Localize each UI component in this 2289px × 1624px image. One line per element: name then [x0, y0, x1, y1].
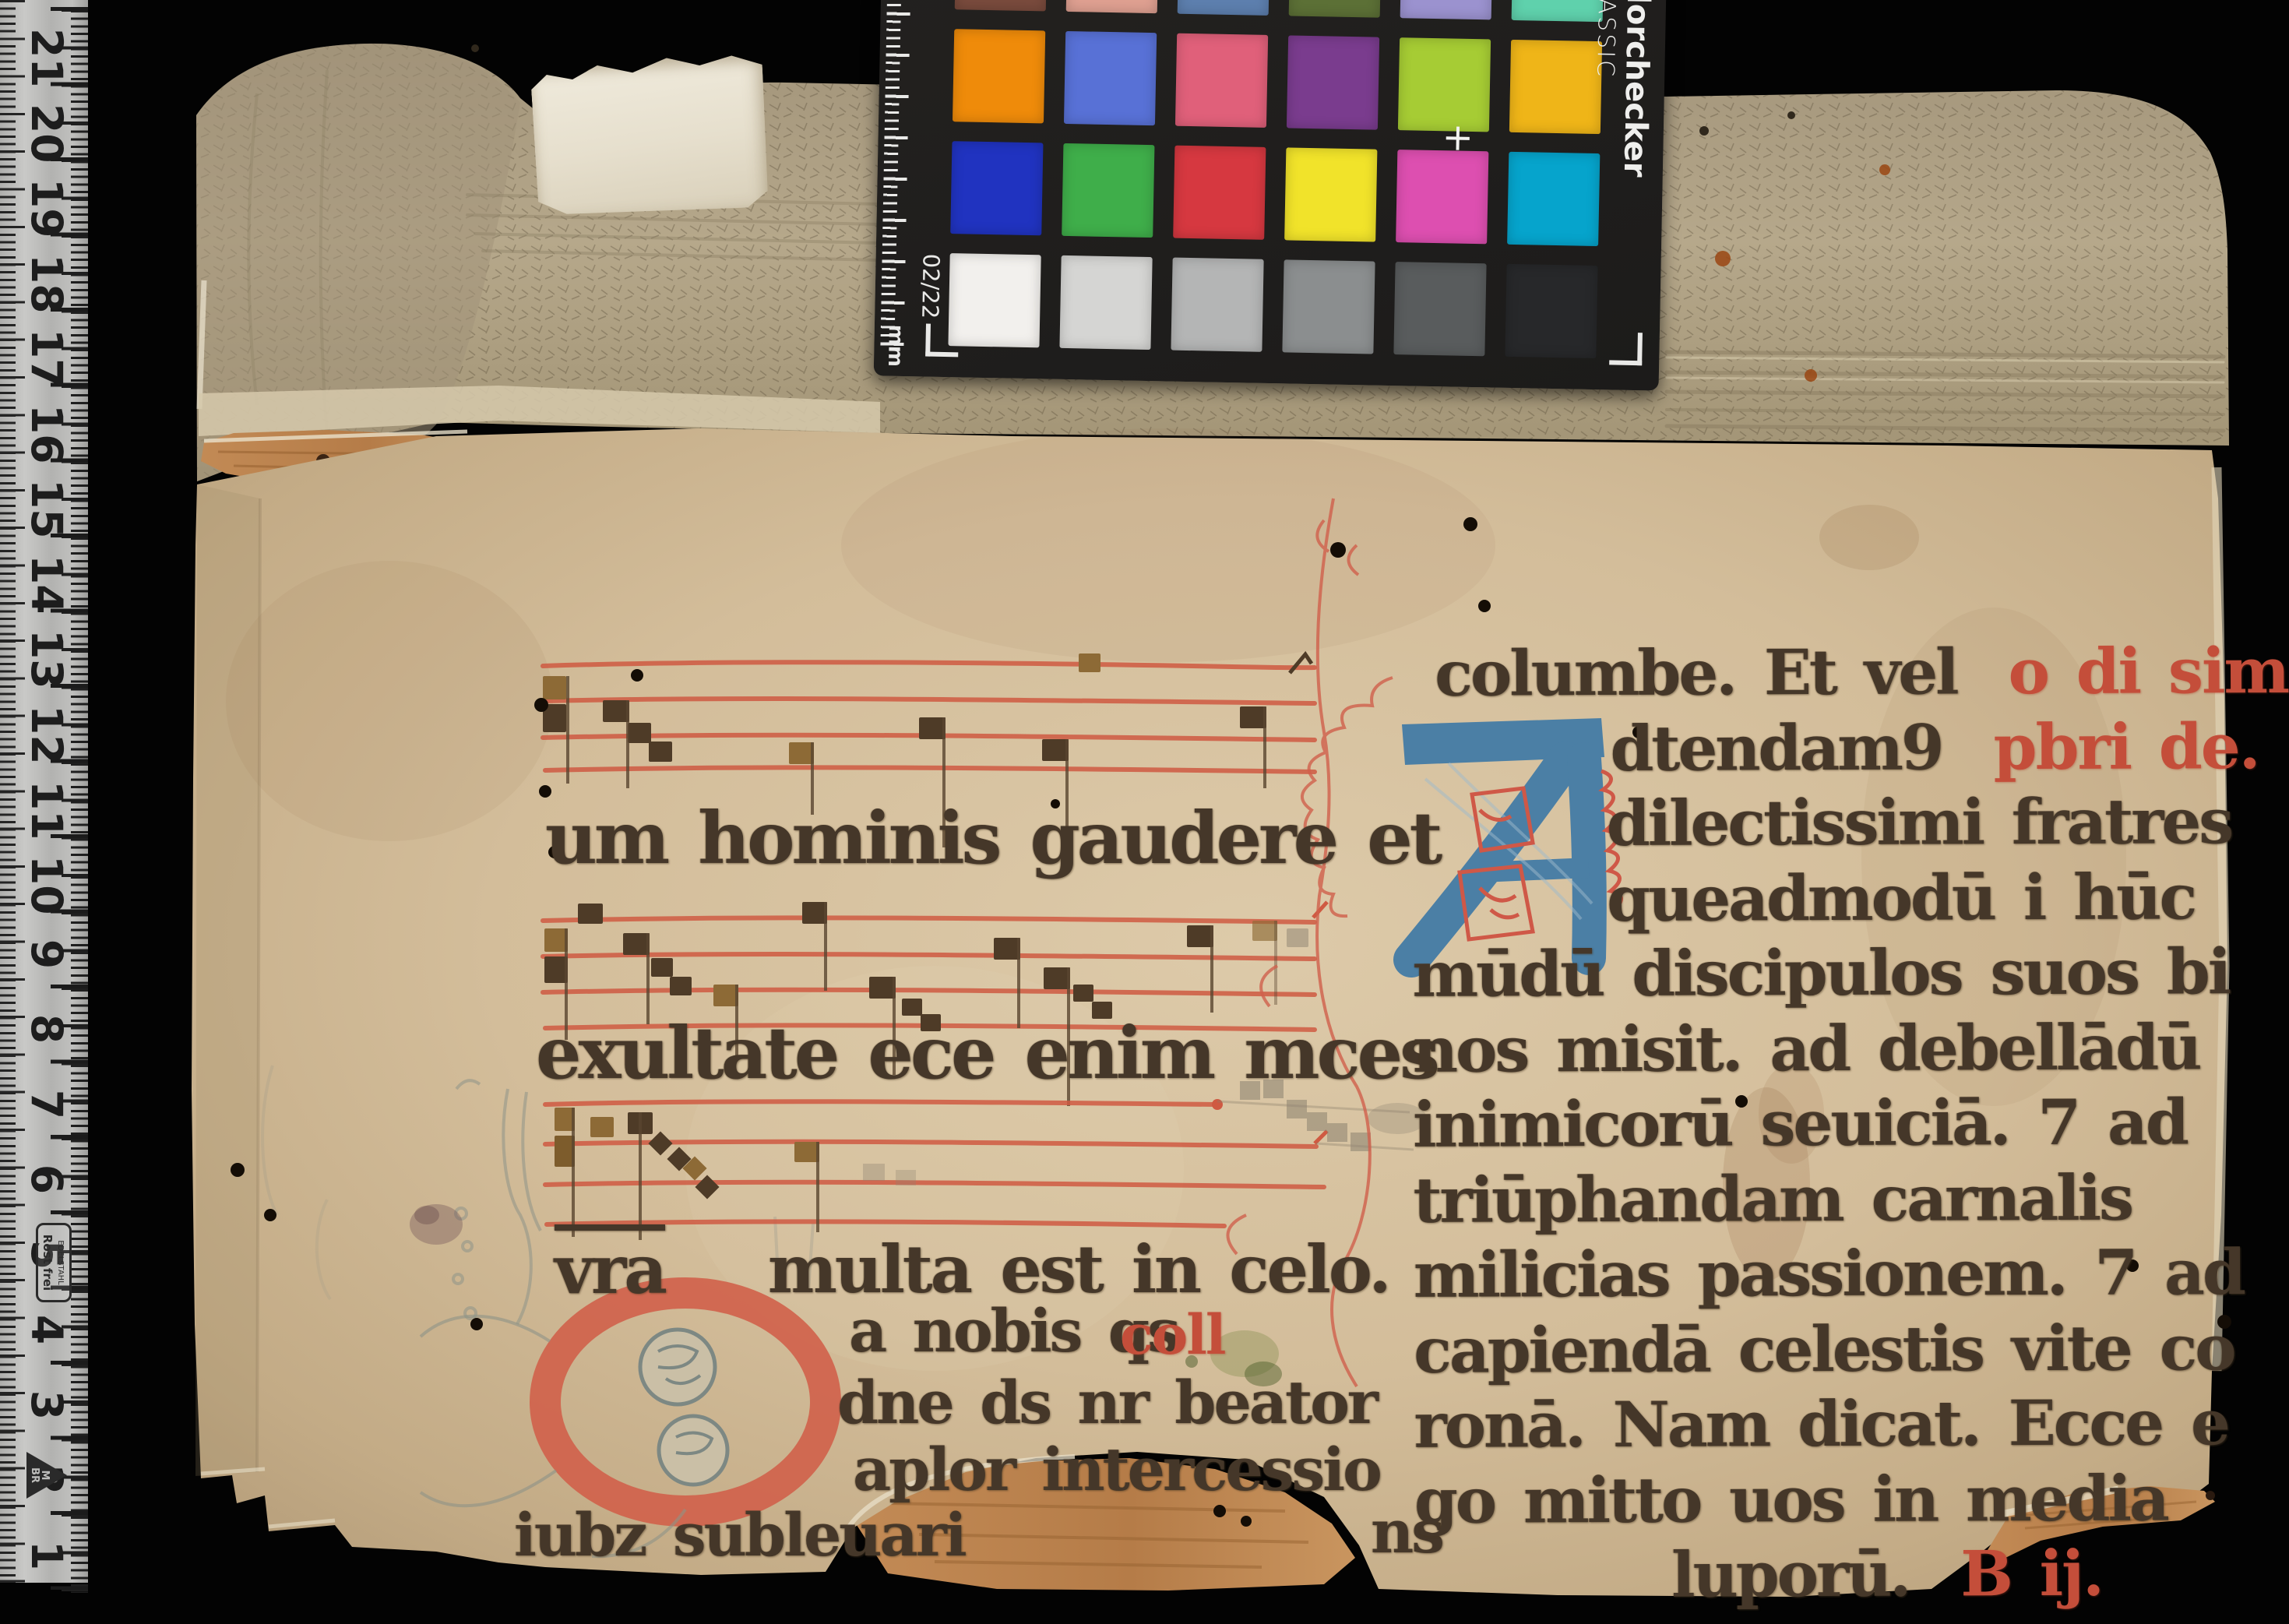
ruler-number: 21	[22, 28, 72, 75]
homily-text-line: inimicorū seuiciā. 7 ad	[1413, 1085, 2187, 1161]
homily-text-line: dtendam9pbri de. e.	[1411, 709, 2289, 785]
corner-bracket-left	[925, 324, 959, 358]
text-segment-black: nos misit. ad debellādū	[1413, 1010, 2200, 1087]
text-segment-black: dilectissimi fratres	[1607, 784, 2232, 860]
ruler-number: 3	[22, 1382, 72, 1428]
ruler-number: 10	[22, 855, 72, 902]
text-segment-red: pbri de. e.	[1993, 709, 2289, 784]
colorchecker-wordmark: colorchecker	[1617, 0, 1657, 178]
text-segment-black: columbe. Et vel	[1435, 635, 1957, 710]
color-patch	[1512, 0, 1604, 22]
chant-lyric-line-1: um hominis gaudere et	[545, 796, 1439, 880]
color-patch	[1505, 264, 1597, 358]
stamp-edelstahl: EDELSTAHL	[54, 1227, 66, 1298]
ruler-steel-stamp: EDELSTAHL Rost frei	[36, 1223, 72, 1302]
collect-line-4: iubz subleuari	[514, 1500, 965, 1569]
color-patch	[1282, 259, 1375, 354]
metal-ruler: 212019181716151413121110987654321 EDELST…	[0, 0, 88, 1583]
text-segment-black: dtendam9	[1610, 710, 1942, 784]
homily-text-line: queadmodū i hūc	[1412, 860, 2195, 936]
color-patch	[955, 0, 1048, 11]
color-patch	[1393, 262, 1486, 356]
homily-text-line: ronā. Nam dicat. Ecce e	[1414, 1386, 2228, 1462]
ruler-number: 4	[22, 1306, 72, 1353]
color-patch	[1507, 152, 1600, 246]
ruler-number: 15	[22, 479, 72, 526]
ruler-number: 19	[22, 178, 72, 225]
colorchecker-card: colorchecker CLASSIC ite 02/22 mm +	[874, 0, 1669, 391]
collect-line-2: dne ds nr beator	[837, 1368, 1376, 1437]
homily-text-line: milicias passionem. 7 ad	[1414, 1235, 2244, 1312]
color-patch	[1066, 0, 1159, 13]
crosshair-mark: +	[1442, 115, 1474, 160]
ruler-number: 16	[22, 404, 72, 451]
text-segment-black: milicias passionem. 7 ad	[1414, 1235, 2244, 1312]
colorchecker-classic-label: CLASSIC	[1591, 0, 1621, 79]
maker-mark-letters: M BR	[30, 1463, 50, 1488]
colorchecker-batch: 02/22	[917, 253, 945, 324]
color-patch	[1289, 0, 1382, 18]
text-segment-black: queadmodū i hūc	[1607, 860, 2195, 935]
color-patch	[1062, 143, 1154, 238]
homily-text-line: capiendā celestis vite co	[1414, 1311, 2234, 1387]
ruler-number: 20	[22, 104, 72, 150]
color-patch	[1178, 0, 1270, 16]
color-patch	[1175, 33, 1268, 128]
corner-bracket-right	[1609, 332, 1643, 365]
collect-line-3: aplor intercessio	[853, 1435, 1380, 1504]
ruler-number: 9	[22, 931, 72, 978]
ruler-number: 7	[22, 1081, 72, 1128]
homily-text-line: columbe. Et velo di sim.	[1411, 634, 2289, 710]
chant-lyric-line-2: exultate ece enim mces	[536, 1011, 1437, 1095]
homily-text-line: triūphandam carnalis	[1413, 1161, 2132, 1236]
text-segment-black: capiendā celestis vite co	[1414, 1311, 2234, 1387]
color-patch	[948, 253, 1041, 347]
homily-text-line: dilectissimi fratres	[1412, 784, 2232, 861]
ruler-number: 17	[22, 329, 72, 375]
stamp-rostfrei: Rost frei	[40, 1235, 55, 1291]
rubric-coll: coll	[1120, 1302, 1225, 1367]
ruler-number: 6	[22, 1156, 72, 1203]
text-segment-black: luporū.	[1671, 1538, 1909, 1612]
color-patch	[1284, 147, 1377, 241]
colorchecker-unit-label: mm	[883, 325, 907, 372]
ruler-number: 11	[22, 780, 72, 827]
text-segment-red: o di sim.	[2008, 634, 2289, 708]
color-patch	[953, 29, 1045, 123]
color-patch	[1173, 146, 1266, 240]
text-segment-black: mūdū discipulos suos bi	[1412, 935, 2229, 1011]
ruler-number: 8	[22, 1006, 72, 1052]
homily-text-line: nos misit. ad debellādū	[1413, 1010, 2200, 1087]
ruler-maker-mark: M BR	[26, 1452, 67, 1499]
text-segment-black: inimicorū seuiciā. 7 ad	[1413, 1085, 2187, 1161]
text-segment-red: B ij.	[1960, 1537, 2103, 1611]
ruler-number: 18	[22, 254, 72, 301]
text-segment-black: go mitto uos in media	[1414, 1461, 2168, 1537]
ruler-number: 14	[22, 555, 72, 601]
homily-text-line: mūdū discipulos suos bi	[1412, 935, 2229, 1011]
color-patch	[950, 141, 1043, 235]
homily-text-line: go mitto uos in media	[1414, 1461, 2168, 1537]
text-segment-black: ronā. Nam dicat. Ecce e	[1414, 1386, 2228, 1462]
color-patch	[1396, 150, 1488, 244]
ruler-number: 13	[22, 629, 72, 676]
color-patch	[1287, 35, 1379, 129]
chant-word-vra: vra	[555, 1231, 665, 1309]
photo-stage: 212019181716151413121110987654321 EDELST…	[0, 0, 2289, 1624]
color-patch	[1064, 31, 1157, 125]
color-patch	[1059, 255, 1152, 350]
ruler-number: 12	[22, 705, 72, 752]
colorchecker-side-title: colorchecker CLASSIC	[1616, 0, 1657, 288]
color-patch	[1171, 258, 1263, 352]
ruler-number: 1	[22, 1532, 72, 1579]
homily-text-line: luporū.B ij.	[1414, 1537, 2103, 1612]
color-patch	[1509, 40, 1602, 134]
colorchecker-mm-ticks-long	[880, 0, 912, 347]
color-patch	[1400, 0, 1493, 19]
text-segment-black: triūphandam carnalis	[1413, 1161, 2132, 1236]
